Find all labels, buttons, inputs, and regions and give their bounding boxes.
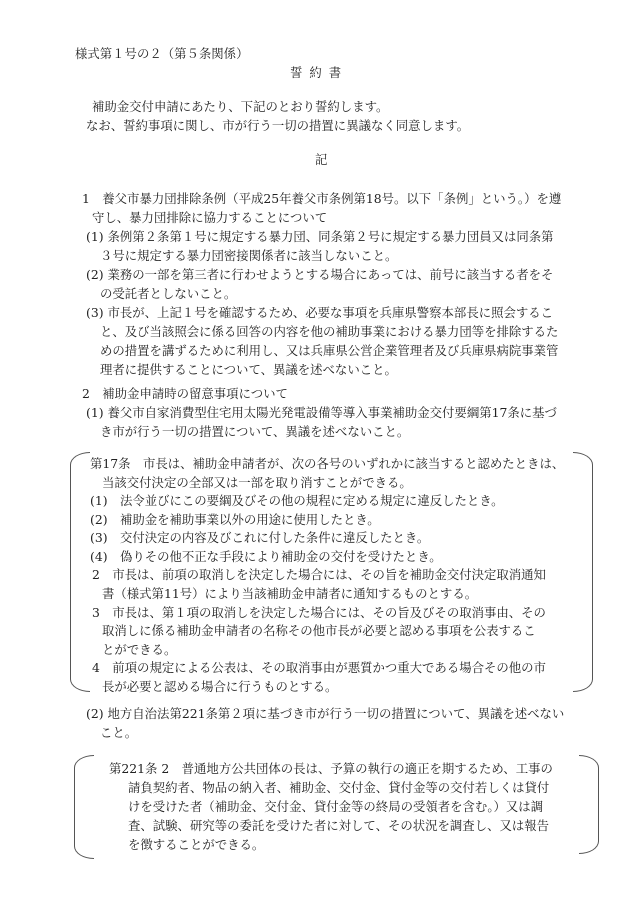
section2-item2-line-1: (2) 地方自治法第221条第２項に基づき市が行う一切の措置について、異議を述べ…	[86, 706, 564, 722]
section2-item1-line-1: (1) 養父市自家消費型住宅用太陽光発電設備等導入事業補助金交付要綱第17条に基…	[86, 405, 557, 421]
ki-heading: 記	[315, 152, 327, 168]
article17-line-5: (3) 交付決定の内容及びこれに付した条件に違反したとき。	[90, 530, 429, 546]
document-title: 誓約書	[290, 65, 348, 81]
form-number: 様式第１号の２（第５条関係）	[75, 46, 248, 62]
section1-item1-line-2: ３号に規定する暴力団密接関係者に該当しないこと。	[100, 248, 397, 264]
section1-item2-line-2: の受託者としないこと。	[100, 286, 236, 302]
article17-line-11: とができる。	[102, 642, 176, 658]
quote-bracket-right	[573, 452, 593, 692]
article221-line-4: 査、試験、研究等の委託を受けた者に対して、その状況を調査し、又は報告	[128, 818, 549, 834]
section1-item3-line-4: 理者に提供することについて、異議を述べないこと。	[100, 362, 397, 378]
section2-item1-line-2: き市が行う一切の措置について、異議を述べないこと。	[100, 424, 409, 440]
section1-item3-line-2: と、及び当該照会に係る回答の内容を他の補助事業における暴力団等を排除するた	[100, 324, 558, 340]
article17-line-10: 取消しに係る補助金申請者の名称その他市長が必要と認める事項を公表するこ	[102, 623, 536, 639]
article17-line-3: (1) 法令並びにこの要綱及びその他の規程に定める規定に違反したとき。	[90, 493, 504, 509]
intro-line-2: なお、誓約事項に関し、市が行う一切の措置に異議なく同意します。	[86, 118, 469, 134]
section1-heading-line-2: 守し、暴力団排除に協力することについて	[92, 210, 327, 226]
article17-line-12: 4 前項の規定による公表は、その取消事由が悪質かつ重大である場合その他の市	[92, 660, 546, 676]
article221-line-3: けを受けた者（補助金、交付金、貸付金等の終局の受領者を含む。）又は調	[128, 799, 543, 815]
section1-item3-line-1: (3) 市長が、上記１号を確認するため、必要な事項を兵庫県警察本部長に照会するこ	[86, 305, 553, 321]
section1-item3-line-3: めの措置を講ずるために利用し、又は兵庫県公営企業管理者及び兵庫県病院事業管	[100, 343, 558, 359]
article17-line-8: 書（様式第11号）により当該補助金申請者に通知するものとする。	[102, 586, 477, 602]
intro-line-1: 補助金交付申請にあたり、下記のとおり誓約します。	[92, 99, 388, 115]
article17-line-2: 当該交付決定の全部又は一部を取り消すことができる。	[102, 475, 412, 491]
article221-line-1: 第221条 2 普通地方公共団体の長は、予算の執行の適正を期するため、工事の	[109, 761, 553, 777]
section2-heading: 2 補助金申請時の留意事項について	[82, 386, 288, 402]
article17-line-4: (2) 補助金を補助事業以外の用途に使用したとき。	[90, 512, 380, 528]
section1-heading-line-1: 1 養父市暴力団排除条例（平成25年養父市条例第18号。以下「条例」という。）を…	[82, 191, 561, 207]
article17-line-6: (4) 偽りその他不正な手段により補助金の交付を受けたとき。	[90, 549, 442, 565]
section2-item2-line-2: こと。	[100, 725, 137, 741]
quote-bracket-left-2	[74, 755, 94, 859]
section1-item2-line-1: (2) 業務の一部を第三者に行わせようとする場合にあっては、前号に該当する者をそ	[86, 267, 553, 283]
quote-bracket-right-2	[579, 755, 599, 854]
article17-line-7: 2 市長は、前項の取消しを決定した場合には、その旨を補助金交付決定取消通知	[92, 567, 546, 583]
quote-bracket-left	[70, 452, 90, 692]
article17-line-1: 第17条 市長は、補助金申請者が、次の各号のいずれかに該当すると認めたときは、	[90, 456, 564, 472]
article221-line-2: 請負契約者、物品の納入者、補助金、交付金、貸付金等の交付若しくは貸付	[128, 780, 549, 796]
article17-line-13: 長が必要と認める場合に行うものとする。	[102, 679, 337, 695]
section1-item1-line-1: (1) 条例第２条第１号に規定する暴力団、同条第２号に規定する暴力団員又は同条第	[86, 229, 554, 245]
article17-line-9: 3 市長は、第１項の取消しを決定した場合には、その旨及びその取消事由、その	[92, 605, 546, 621]
article221-line-5: を徴することができる。	[128, 837, 264, 853]
